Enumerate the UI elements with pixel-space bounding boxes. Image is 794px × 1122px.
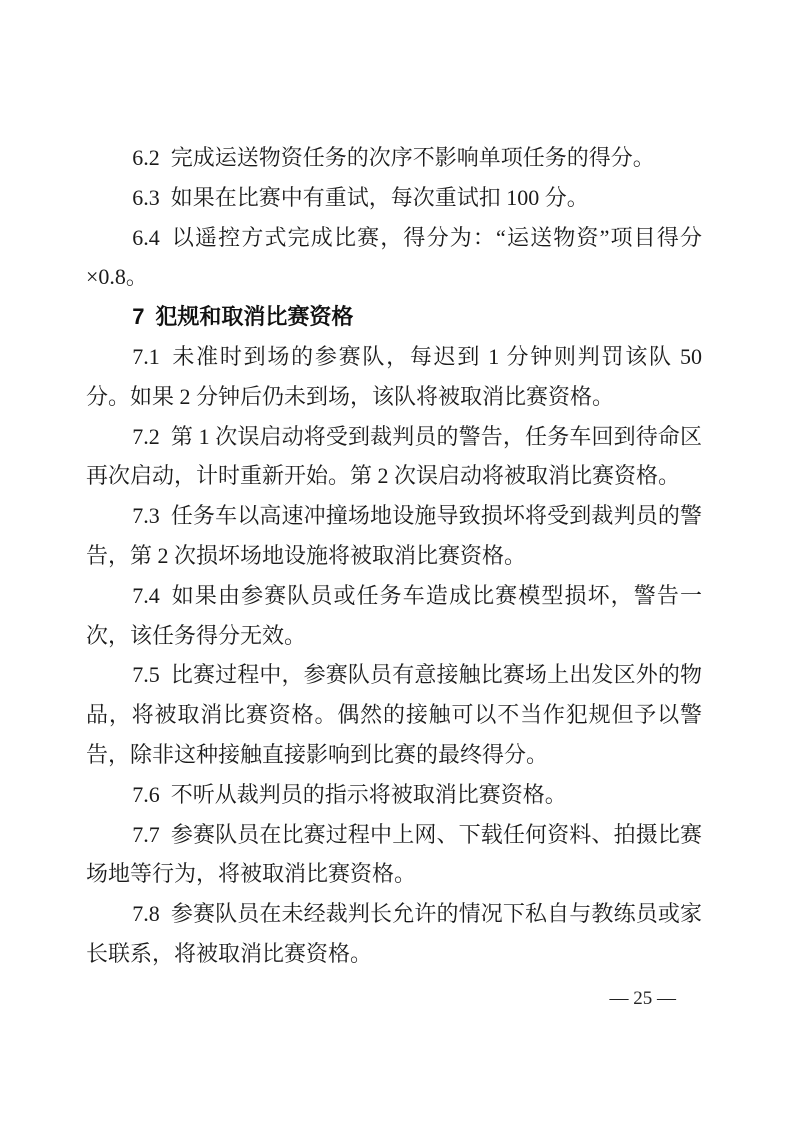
paragraph-7-5: 7.5 比赛过程中，参赛队员有意接触比赛场上出发区外的物品，将被取消比赛资格。偶…: [86, 655, 702, 774]
document-body-text: 6.2 完成运送物资任务的次序不影响单项任务的得分。 6.3 如果在比赛中有重试…: [86, 138, 702, 974]
paragraph-7-4: 7.4 如果由参赛队员或任务车造成比赛模型损坏，警告一次，该任务得分无效。: [86, 576, 702, 656]
paragraph-6-4: 6.4 以遥控方式完成比赛，得分为：“运送物资”项目得分×0.8。: [86, 218, 702, 298]
paragraph-7-1: 7.1 未准时到场的参赛队，每迟到 1 分钟则判罚该队 50 分。如果 2 分钟…: [86, 337, 702, 417]
paragraph-7-3: 7.3 任务车以高速冲撞场地设施导致损坏将受到裁判员的警告，第 2 次损坏场地设…: [86, 496, 702, 576]
paragraph-6-3: 6.3 如果在比赛中有重试，每次重试扣 100 分。: [86, 178, 702, 218]
page-number: — 25 —: [610, 988, 677, 1010]
paragraph-7-8: 7.8 参赛队员在未经裁判长允许的情况下私自与教练员或家长联系，将被取消比赛资格…: [86, 894, 702, 974]
paragraph-7-6: 7.6 不听从裁判员的指示将被取消比赛资格。: [86, 775, 702, 815]
paragraph-6-2: 6.2 完成运送物资任务的次序不影响单项任务的得分。: [86, 138, 702, 178]
document-page: 6.2 完成运送物资任务的次序不影响单项任务的得分。 6.3 如果在比赛中有重试…: [0, 0, 794, 1122]
paragraph-7-2: 7.2 第 1 次误启动将受到裁判员的警告，任务车回到待命区再次启动，计时重新开…: [86, 417, 702, 497]
section-heading-7: 7 犯规和取消比赛资格: [86, 297, 702, 337]
paragraph-7-7: 7.7 参赛队员在比赛过程中上网、下载任何资料、拍摄比赛场地等行为，将被取消比赛…: [86, 815, 702, 895]
